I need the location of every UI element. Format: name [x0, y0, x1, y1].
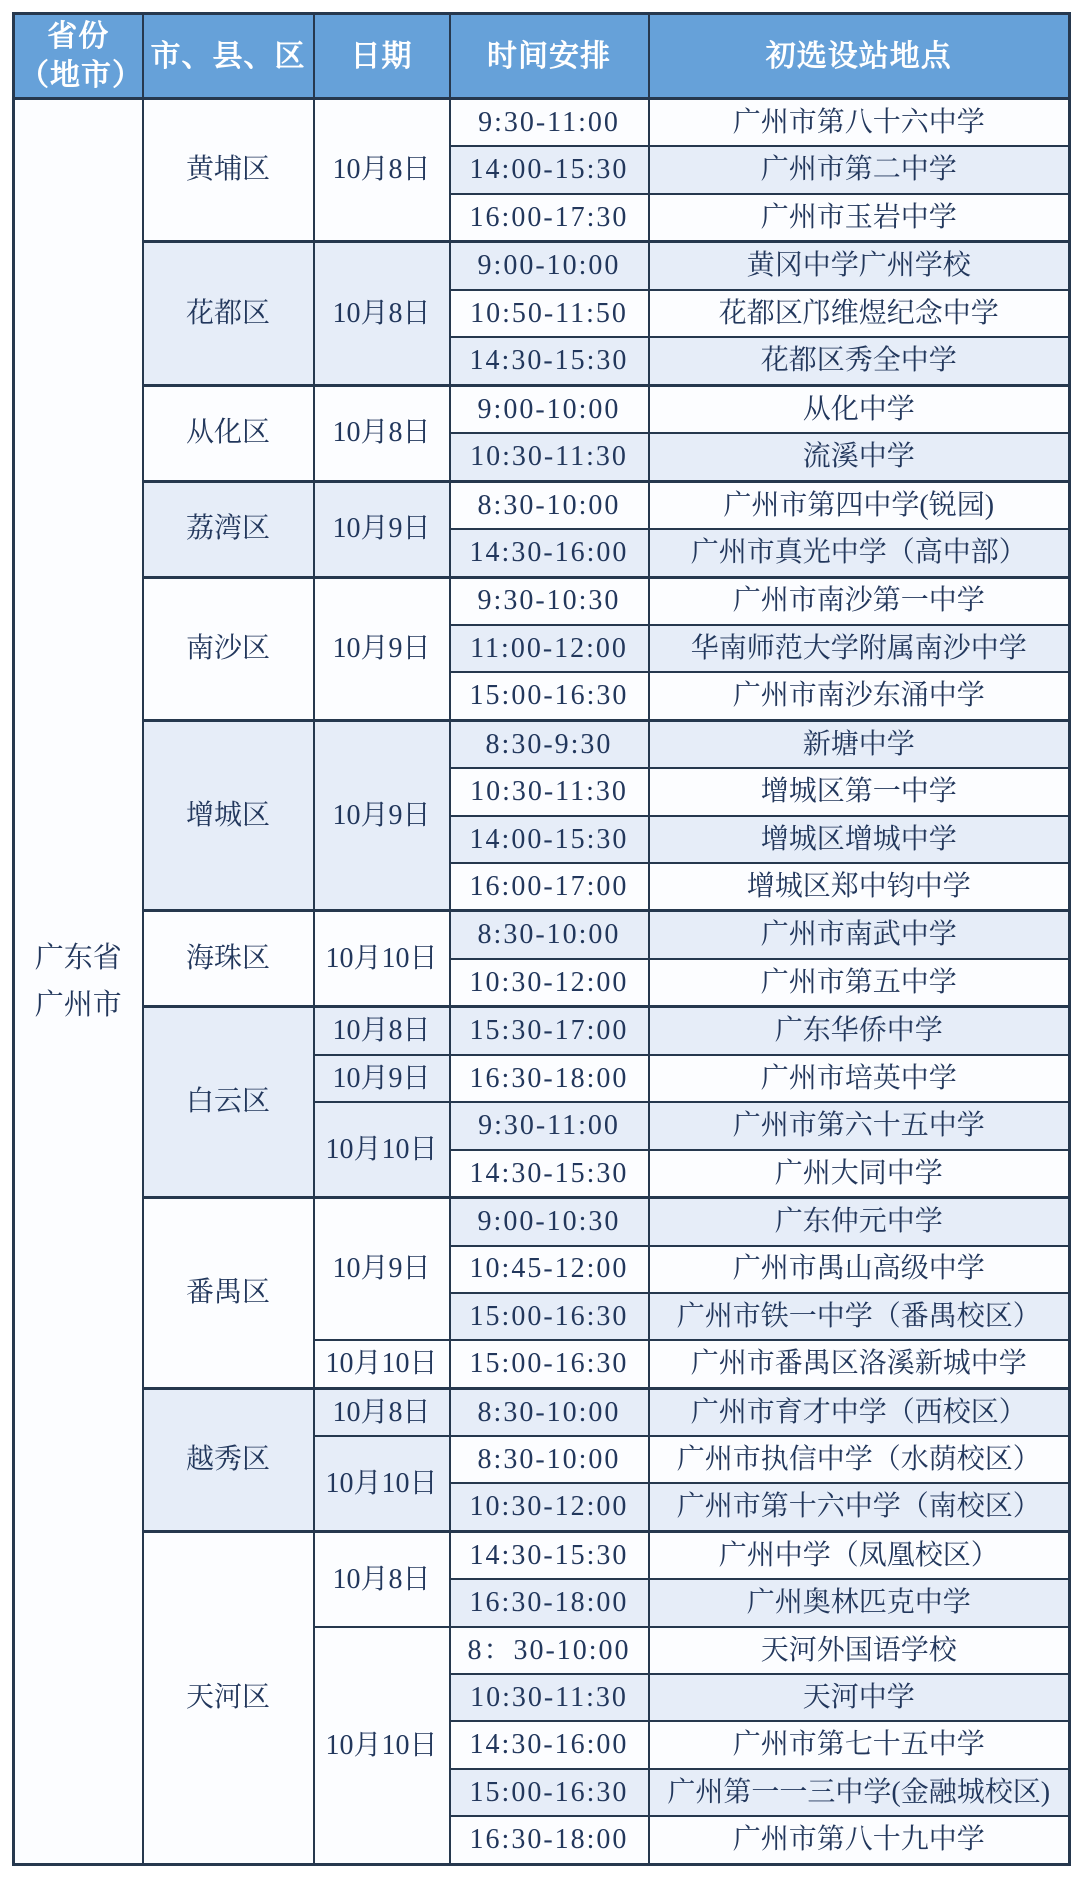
- table-row: 花都区10月8日9:00-10:00黄冈中学广州学校: [14, 242, 1070, 290]
- site-cell: 广州中学（凤凰校区）: [649, 1531, 1070, 1579]
- time-cell: 8:30-10:00: [450, 1436, 649, 1483]
- time-cell: 16:00-17:30: [450, 194, 649, 242]
- site-cell: 广州市第十六中学（南校区）: [649, 1483, 1070, 1531]
- time-cell: 8：30-10:00: [450, 1627, 649, 1674]
- site-cell: 天河外国语学校: [649, 1627, 1070, 1674]
- site-cell: 广州市禺山高级中学: [649, 1246, 1070, 1293]
- site-cell: 广州市执信中学（水荫校区）: [649, 1436, 1070, 1483]
- schedule-table-card: 省份 （地市） 市、县、区 日期 时间安排 初选设站地点 广东省 广州市黄埔区1…: [0, 0, 1080, 1877]
- time-cell: 14:30-16:00: [450, 529, 649, 577]
- table-row: 荔湾区10月9日8:30-10:00广州市第四中学(锐园): [14, 481, 1070, 529]
- time-cell: 11:00-12:00: [450, 625, 649, 672]
- site-cell: 广州市第七十五中学: [649, 1721, 1070, 1768]
- schedule-table-body: 广东省 广州市黄埔区10月8日9:30-11:00广州市第八十六中学14:00-…: [14, 99, 1070, 1865]
- time-cell: 8:30-10:00: [450, 911, 649, 959]
- site-cell: 广州市南沙东涌中学: [649, 672, 1070, 720]
- time-cell: 15:00-16:30: [450, 1340, 649, 1388]
- header-date: 日期: [314, 14, 450, 99]
- date-cell: 10月10日: [314, 911, 450, 1007]
- time-cell: 10:45-12:00: [450, 1246, 649, 1293]
- time-cell: 16:30-18:00: [450, 1816, 649, 1864]
- table-row: 越秀区10月8日8:30-10:00广州市育才中学（西校区）: [14, 1388, 1070, 1436]
- site-cell: 增城区郑中钧中学: [649, 863, 1070, 911]
- site-cell: 广州奥林匹克中学: [649, 1579, 1070, 1626]
- date-cell: 10月9日: [314, 1198, 450, 1341]
- site-cell: 广东仲元中学: [649, 1198, 1070, 1246]
- site-cell: 广州市第五中学: [649, 959, 1070, 1007]
- site-cell: 广东华侨中学: [649, 1007, 1070, 1055]
- district-cell: 天河区: [143, 1531, 314, 1864]
- site-cell: 天河中学: [649, 1674, 1070, 1721]
- date-cell: 10月9日: [314, 577, 450, 720]
- time-cell: 9:30-11:00: [450, 1102, 649, 1149]
- date-cell: 10月8日: [314, 385, 450, 481]
- header-district: 市、县、区: [143, 14, 314, 99]
- site-cell: 黄冈中学广州学校: [649, 242, 1070, 290]
- site-cell: 广州市第六十五中学: [649, 1102, 1070, 1149]
- time-cell: 8:30-9:30: [450, 720, 649, 768]
- site-cell: 广州大同中学: [649, 1150, 1070, 1198]
- site-cell: 广州市第二中学: [649, 146, 1070, 193]
- table-row: 广东省 广州市黄埔区10月8日9:30-11:00广州市第八十六中学: [14, 99, 1070, 147]
- time-cell: 10:50-11:50: [450, 290, 649, 337]
- table-row: 白云区10月8日15:30-17:00广东华侨中学: [14, 1007, 1070, 1055]
- date-cell: 10月8日: [314, 1007, 450, 1055]
- time-cell: 16:00-17:00: [450, 863, 649, 911]
- district-cell: 花都区: [143, 242, 314, 385]
- date-cell: 10月8日: [314, 99, 450, 242]
- district-cell: 南沙区: [143, 577, 314, 720]
- site-cell: 新塘中学: [649, 720, 1070, 768]
- time-cell: 10:30-11:30: [450, 1674, 649, 1721]
- province-cell: 广东省 广州市: [14, 99, 143, 1865]
- time-cell: 15:00-16:30: [450, 1293, 649, 1340]
- table-row: 海珠区10月10日8:30-10:00广州市南武中学: [14, 911, 1070, 959]
- district-cell: 海珠区: [143, 911, 314, 1007]
- site-cell: 广州市真光中学（高中部）: [649, 529, 1070, 577]
- district-cell: 番禺区: [143, 1198, 314, 1389]
- time-cell: 14:00-15:30: [450, 146, 649, 193]
- site-cell: 广州市铁一中学（番禺校区）: [649, 1293, 1070, 1340]
- table-row: 天河区10月8日14:30-15:30广州中学（凤凰校区）: [14, 1531, 1070, 1579]
- time-cell: 14:30-16:00: [450, 1721, 649, 1768]
- site-cell: 广州市第四中学(锐园): [649, 481, 1070, 529]
- site-cell: 广州市第八十九中学: [649, 1816, 1070, 1864]
- header-site: 初选设站地点: [649, 14, 1070, 99]
- date-cell: 10月9日: [314, 481, 450, 577]
- district-cell: 荔湾区: [143, 481, 314, 577]
- site-cell: 广州第一一三中学(金融城校区): [649, 1769, 1070, 1816]
- site-cell: 广州市育才中学（西校区）: [649, 1388, 1070, 1436]
- table-row: 从化区10月8日9:00-10:00从化中学: [14, 385, 1070, 433]
- time-cell: 9:30-11:00: [450, 99, 649, 147]
- time-cell: 10:30-12:00: [450, 1483, 649, 1531]
- header-row: 省份 （地市） 市、县、区 日期 时间安排 初选设站地点: [14, 14, 1070, 99]
- site-cell: 增城区增城中学: [649, 816, 1070, 863]
- time-cell: 9:00-10:00: [450, 242, 649, 290]
- site-cell: 广州市第八十六中学: [649, 99, 1070, 147]
- time-cell: 8:30-10:00: [450, 1388, 649, 1436]
- district-cell: 白云区: [143, 1007, 314, 1198]
- time-cell: 14:30-15:30: [450, 337, 649, 385]
- date-cell: 10月8日: [314, 242, 450, 385]
- header-time: 时间安排: [450, 14, 649, 99]
- time-cell: 9:30-10:30: [450, 577, 649, 625]
- time-cell: 10:30-11:30: [450, 768, 649, 815]
- site-cell: 广州市番禺区洛溪新城中学: [649, 1340, 1070, 1388]
- date-cell: 10月10日: [314, 1102, 450, 1197]
- preselection-schedule-table: 省份 （地市） 市、县、区 日期 时间安排 初选设站地点 广东省 广州市黄埔区1…: [12, 12, 1071, 1866]
- site-cell: 广州市培英中学: [649, 1055, 1070, 1102]
- date-cell: 10月10日: [314, 1627, 450, 1865]
- time-cell: 10:30-12:00: [450, 959, 649, 1007]
- header-province: 省份 （地市）: [14, 14, 143, 99]
- date-cell: 10月8日: [314, 1531, 450, 1626]
- district-cell: 从化区: [143, 385, 314, 481]
- date-cell: 10月9日: [314, 1055, 450, 1102]
- site-cell: 流溪中学: [649, 433, 1070, 481]
- district-cell: 增城区: [143, 720, 314, 911]
- time-cell: 9:00-10:30: [450, 1198, 649, 1246]
- time-cell: 15:00-16:30: [450, 1769, 649, 1816]
- site-cell: 广州市南沙第一中学: [649, 577, 1070, 625]
- site-cell: 华南师范大学附属南沙中学: [649, 625, 1070, 672]
- site-cell: 花都区邝维煜纪念中学: [649, 290, 1070, 337]
- date-cell: 10月9日: [314, 720, 450, 911]
- district-cell: 越秀区: [143, 1388, 314, 1531]
- time-cell: 16:30-18:00: [450, 1579, 649, 1626]
- time-cell: 9:00-10:00: [450, 385, 649, 433]
- site-cell: 广州市南武中学: [649, 911, 1070, 959]
- site-cell: 广州市玉岩中学: [649, 194, 1070, 242]
- time-cell: 10:30-11:30: [450, 433, 649, 481]
- site-cell: 增城区第一中学: [649, 768, 1070, 815]
- time-cell: 14:00-15:30: [450, 816, 649, 863]
- table-row: 增城区10月9日8:30-9:30新塘中学: [14, 720, 1070, 768]
- table-row: 番禺区10月9日9:00-10:30广东仲元中学: [14, 1198, 1070, 1246]
- time-cell: 16:30-18:00: [450, 1055, 649, 1102]
- district-cell: 黄埔区: [143, 99, 314, 242]
- date-cell: 10月10日: [314, 1340, 450, 1388]
- table-header: 省份 （地市） 市、县、区 日期 时间安排 初选设站地点: [14, 14, 1070, 99]
- site-cell: 从化中学: [649, 385, 1070, 433]
- time-cell: 15:30-17:00: [450, 1007, 649, 1055]
- time-cell: 15:00-16:30: [450, 672, 649, 720]
- time-cell: 8:30-10:00: [450, 481, 649, 529]
- date-cell: 10月8日: [314, 1388, 450, 1436]
- date-cell: 10月10日: [314, 1436, 450, 1531]
- table-row: 南沙区10月9日9:30-10:30广州市南沙第一中学: [14, 577, 1070, 625]
- site-cell: 花都区秀全中学: [649, 337, 1070, 385]
- time-cell: 14:30-15:30: [450, 1531, 649, 1579]
- time-cell: 14:30-15:30: [450, 1150, 649, 1198]
